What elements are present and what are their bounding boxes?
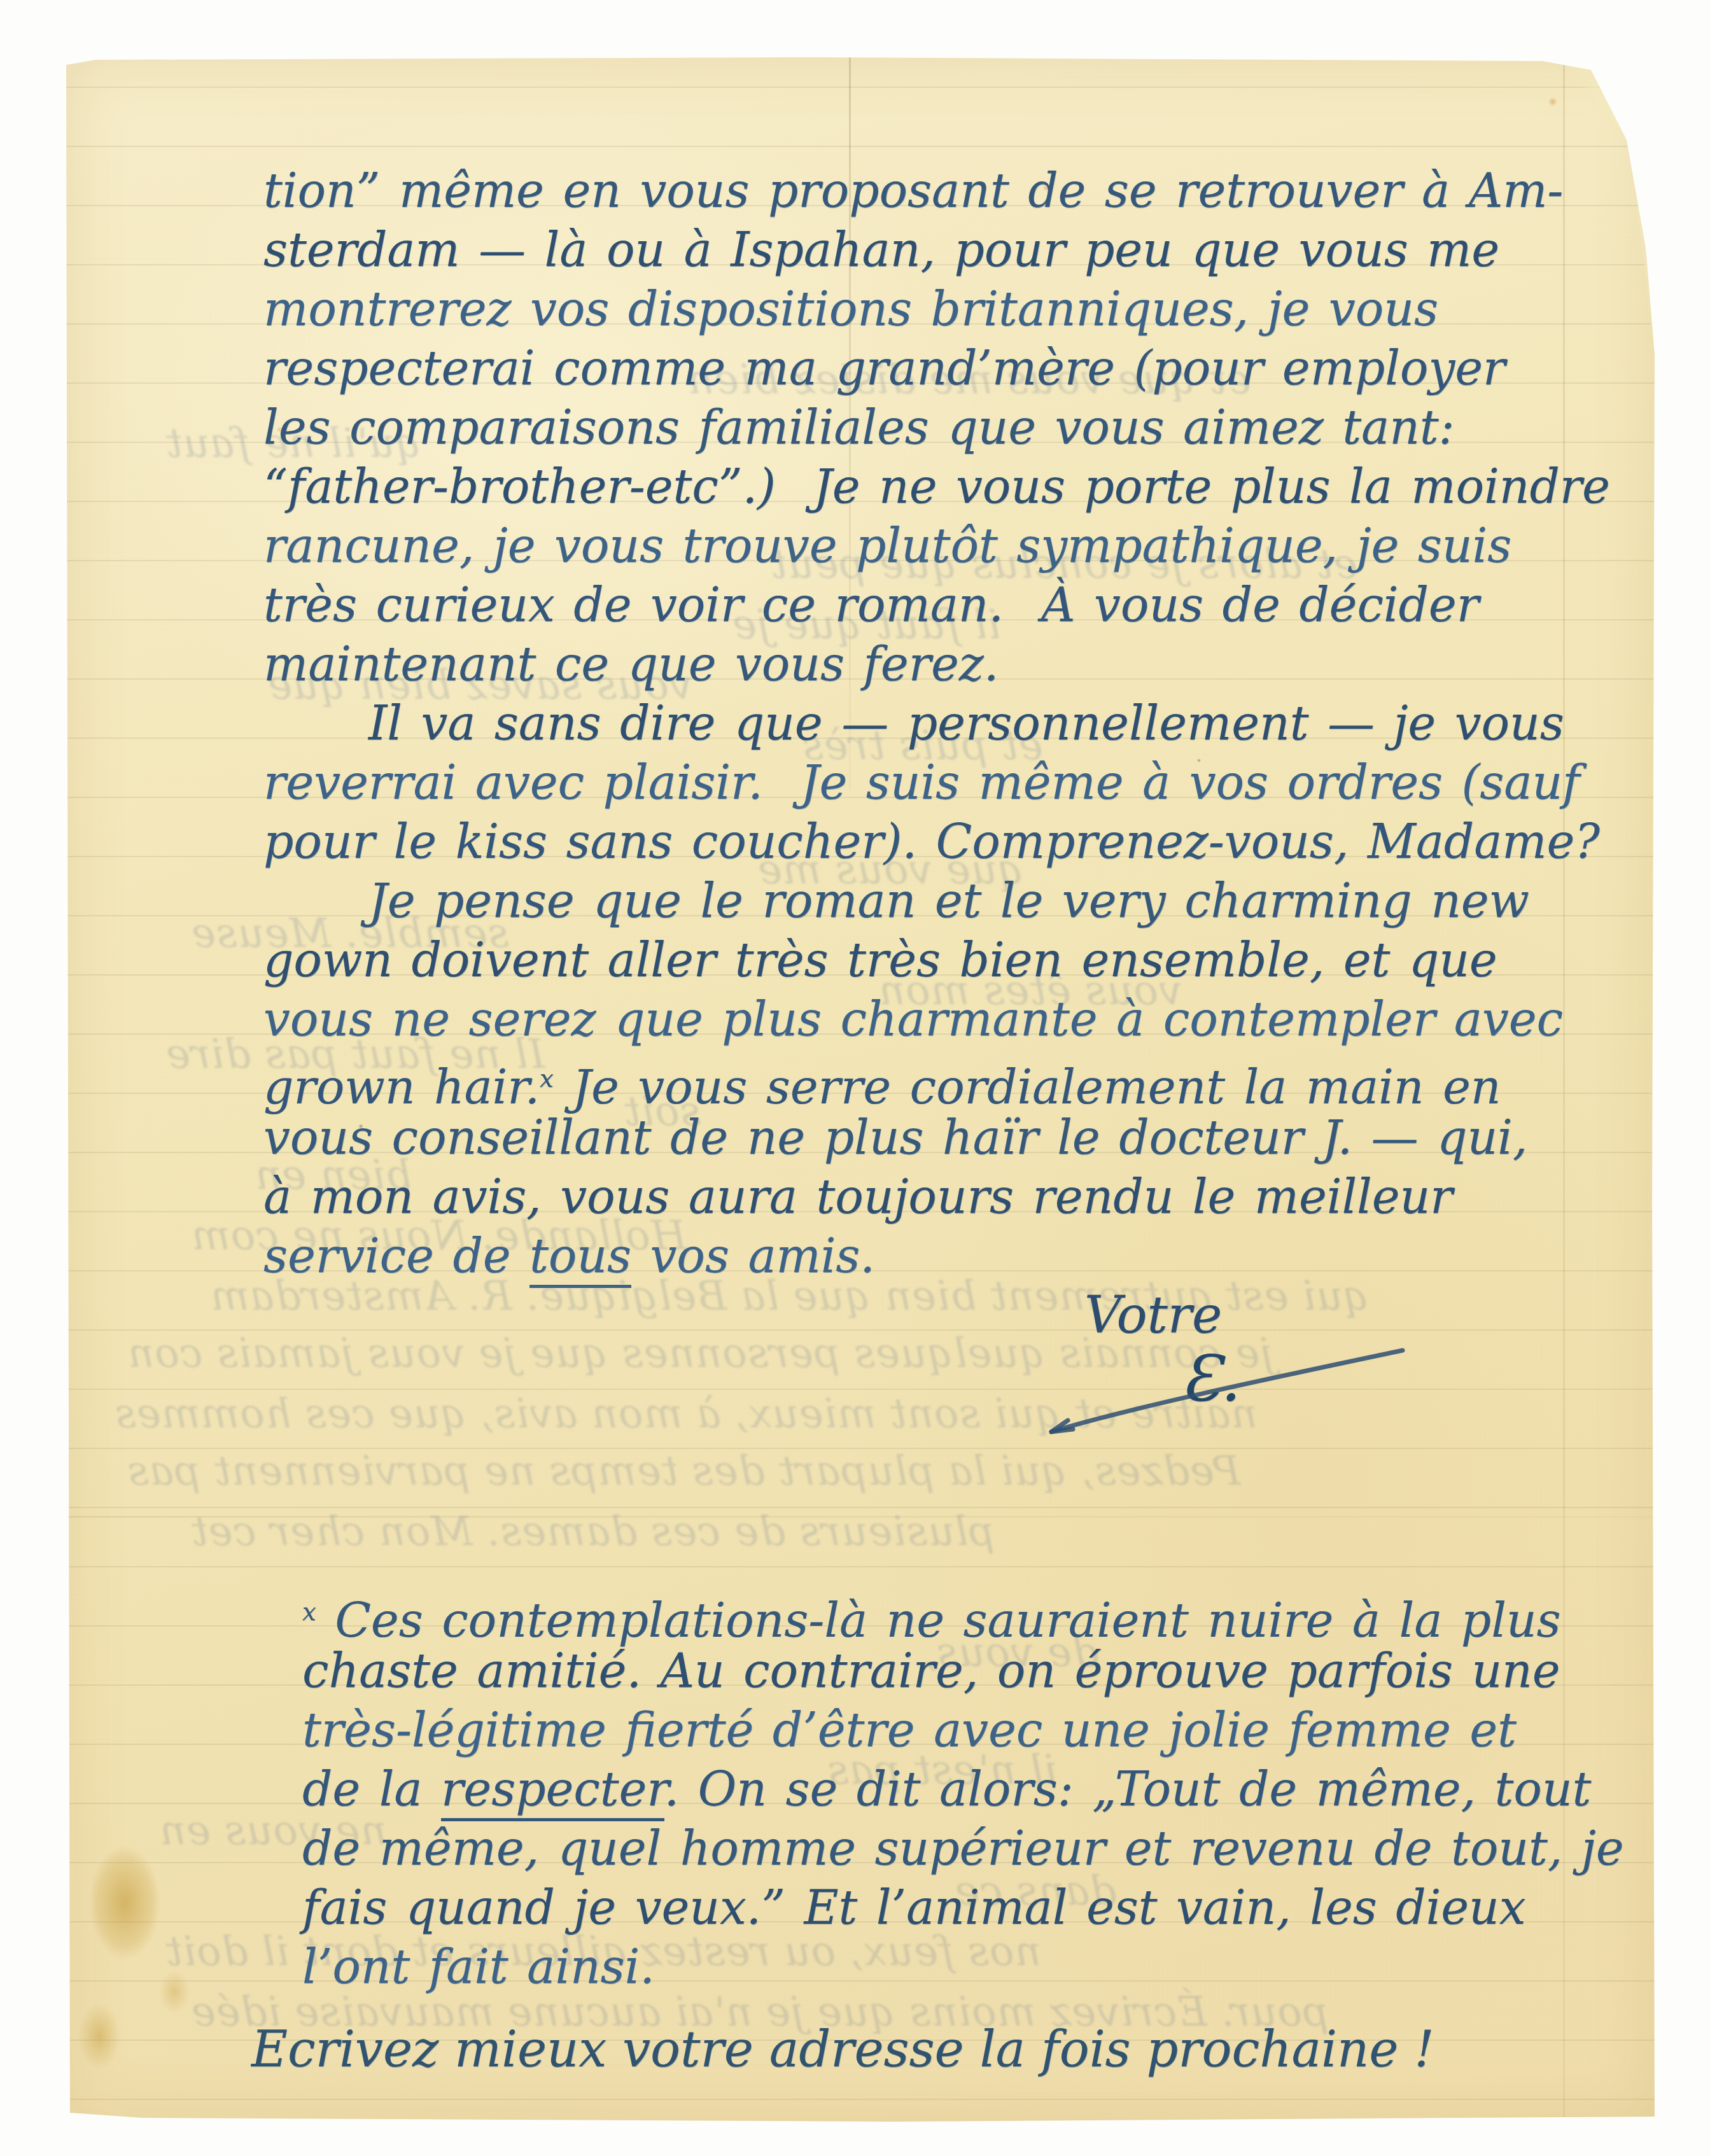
- handwriting-line: l’ont fait ainsi.: [302, 1938, 1639, 1997]
- handwriting-line: pour le kiss sans coucher). Comprenez-vo…: [263, 813, 1644, 872]
- handwriting-line: service de tous vos amis.: [263, 1227, 1644, 1286]
- letter-footnote: x Ces contemplations-là ne sauraient nui…: [302, 1583, 1639, 1997]
- handwriting-line: tion” même en vous proposant de se retro…: [263, 162, 1644, 221]
- handwriting-line: sterdam — là ou à Ispahan, pour peu que …: [263, 221, 1644, 280]
- handwriting-line: vous ne serez que plus charmante à conte…: [263, 990, 1644, 1049]
- letter-postscript: Ecrivez mieux votre adresse la fois proc…: [251, 2020, 1434, 2080]
- handwriting-line: x Ces contemplations-là ne sauraient nui…: [302, 1583, 1639, 1642]
- handwriting-line: de la respecter. On se dit alors: „Tout …: [302, 1760, 1639, 1819]
- handwriting-line: “father-brother-etc”.) Je ne vous porte …: [263, 458, 1644, 517]
- handwriting-line: très-légitime fierté d’être avec une jol…: [302, 1701, 1639, 1760]
- handwriting-line: reverrai avec plaisir. Je suis même à vo…: [263, 753, 1644, 813]
- handwriting-line: gown doivent aller très très bien ensemb…: [263, 931, 1644, 990]
- handwriting-line: maintenant ce que vous ferez.: [263, 635, 1644, 694]
- handwriting-line: à mon avis, vous aura toujours rendu le …: [263, 1168, 1644, 1227]
- handwriting-line: grown hair.x Je vous serre cordialement …: [263, 1049, 1644, 1109]
- handwriting-line: rancune, je vous trouve plutôt sympathiq…: [263, 517, 1644, 576]
- handwriting-line: chaste amitié. Au contraire, on éprouve …: [302, 1642, 1639, 1701]
- handwriting-line: Je pense que le roman et le very charmin…: [263, 872, 1644, 931]
- signature-flourish: [976, 1336, 1485, 1464]
- scanned-letter: et que vous me disiez bienqu'il ne faute…: [0, 0, 1710, 2156]
- handwriting-line: Il va sans dire que — personnellement — …: [263, 694, 1644, 753]
- handwriting-line: respecterai comme ma grand’mère (pour em…: [263, 339, 1644, 398]
- handwriting-line: les comparaisons familiales que vous aim…: [263, 398, 1644, 458]
- handwriting-line: fais quand je veux.” Et l’animal est vai…: [302, 1879, 1639, 1938]
- handwriting-line: très curieux de voir ce roman. À vous de…: [263, 576, 1644, 635]
- handwriting-line: montrerez vos dispositions britanniques,…: [263, 280, 1644, 339]
- handwriting-line: vous conseillant de ne plus haïr le doct…: [263, 1109, 1644, 1168]
- letter-page: et que vous me disiez bienqu'il ne faute…: [66, 57, 1655, 2122]
- letter-body: tion” même en vous proposant de se retro…: [263, 162, 1644, 1286]
- handwriting-line: de même, quel homme supérieur et revenu …: [302, 1819, 1639, 1879]
